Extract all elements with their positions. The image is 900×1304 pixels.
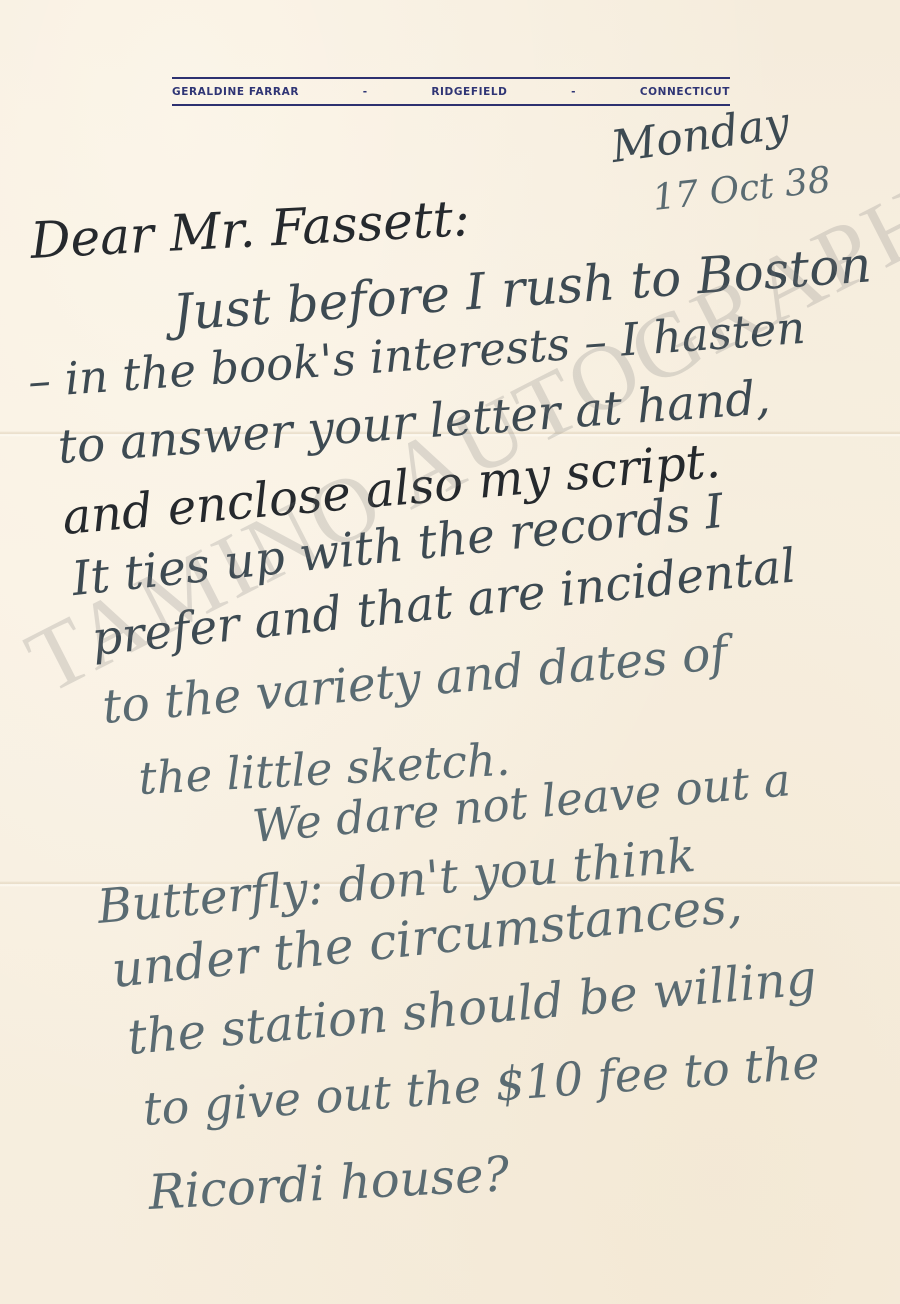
letterhead-state: CONNECTICUT <box>640 86 730 98</box>
letterhead: GERALDINE FARRAR - RIDGEFIELD - CONNECTI… <box>172 77 730 106</box>
letterhead-separator: - <box>363 86 368 98</box>
letterhead-name: GERALDINE FARRAR <box>172 86 299 98</box>
letterhead-separator: - <box>571 86 576 98</box>
letterhead-town: RIDGEFIELD <box>431 86 507 98</box>
